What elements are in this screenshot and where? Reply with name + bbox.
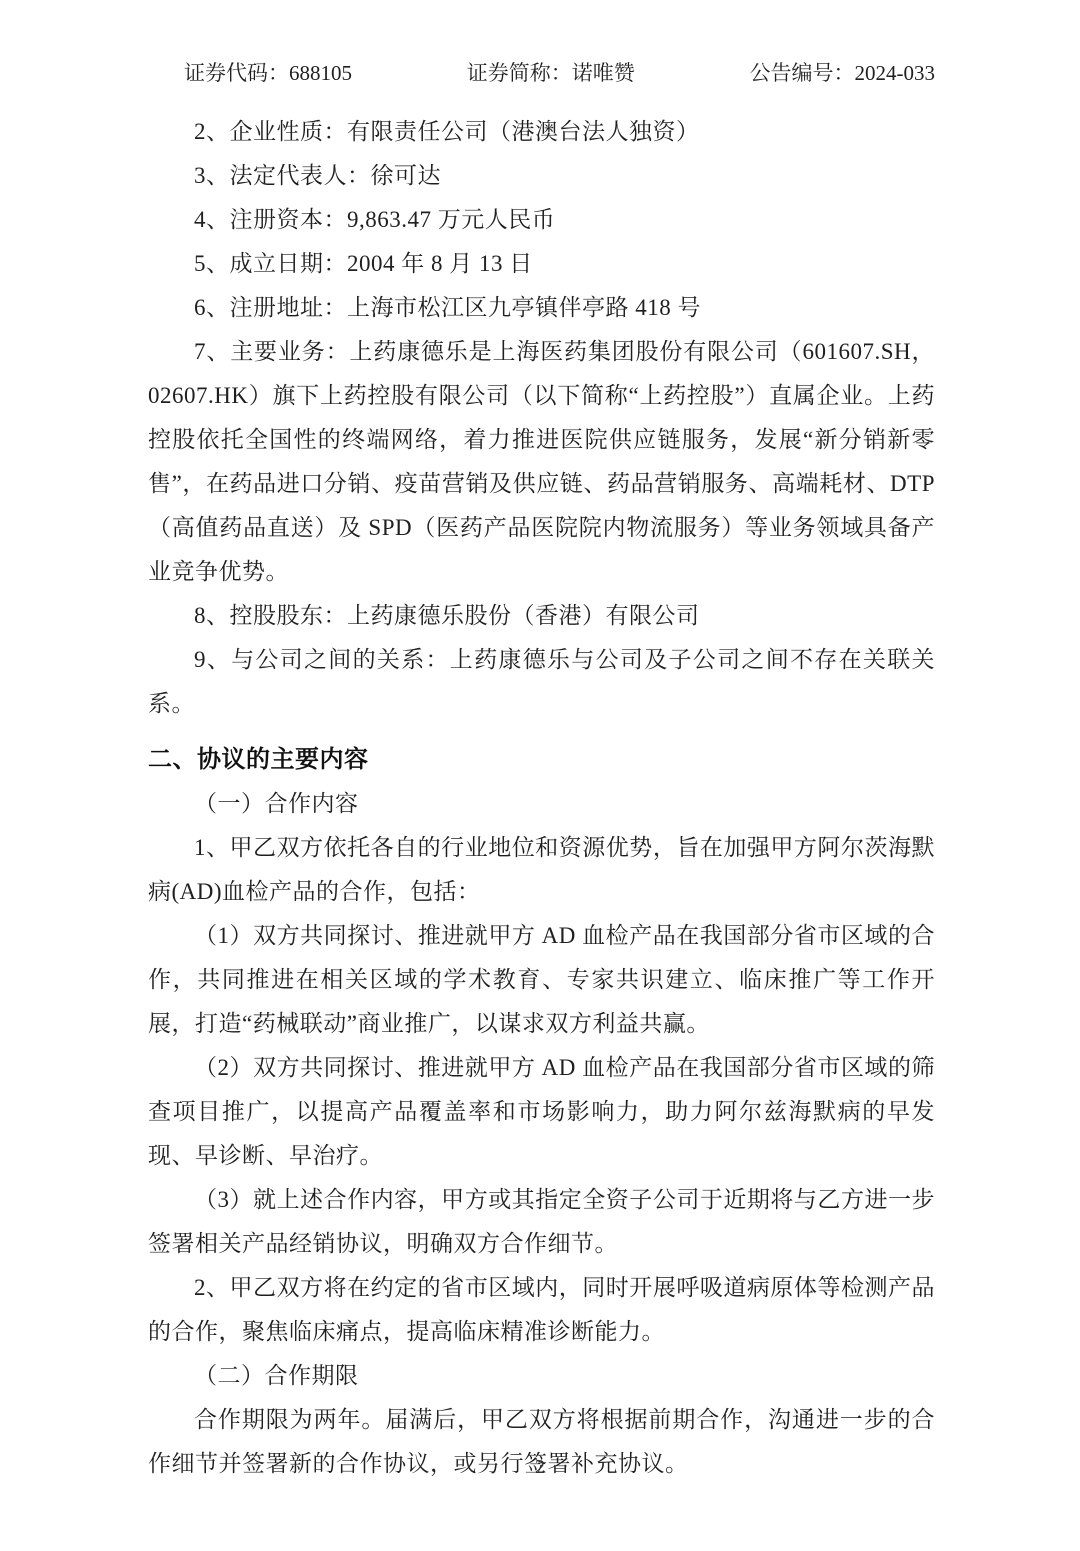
section-heading-agreement-content: 二、协议的主要内容 <box>148 738 935 782</box>
para-registered-address: 6、注册地址：上海市松江区九亭镇伴亭路 418 号 <box>148 286 935 330</box>
document-page: 证券代码：688105 证券简称：诺唯赞 公告编号：2024-033 2、企业性… <box>0 0 1080 1551</box>
para-registered-capital: 4、注册资本：9,863.47 万元人民币 <box>148 198 935 242</box>
para-legal-representative: 3、法定代表人：徐可达 <box>148 154 935 198</box>
para-controlling-shareholder: 8、控股股东：上药康德乐股份（香港）有限公司 <box>148 594 935 638</box>
subheading-cooperation-content: （一）合作内容 <box>148 782 935 826</box>
para-relationship: 9、与公司之间的关系：上药康德乐与公司及子公司之间不存在关联关系。 <box>148 638 935 726</box>
document-header: 证券代码：688105 证券简称：诺唯赞 公告编号：2024-033 <box>148 58 935 88</box>
subheading-cooperation-term: （二）合作期限 <box>148 1354 935 1398</box>
header-stock-code: 证券代码：688105 <box>184 58 352 88</box>
para-main-business: 7、主要业务：上药康德乐是上海医药集团股份有限公司（601607.SH，0260… <box>148 330 935 594</box>
para-cooperation-point-1: （1）双方共同探讨、推进就甲方 AD 血检产品在我国部分省市区域的合作，共同推进… <box>148 914 935 1046</box>
page-number: 2 <box>0 1456 1080 1479</box>
para-cooperation-point-2: （2）双方共同探讨、推进就甲方 AD 血检产品在我国部分省市区域的筛查项目推广，… <box>148 1046 935 1178</box>
document-body: 2、企业性质：有限责任公司（港澳台法人独资） 3、法定代表人：徐可达 4、注册资… <box>148 110 935 1486</box>
header-stock-abbr: 证券简称：诺唯赞 <box>467 58 635 88</box>
header-announcement-number: 公告编号：2024-033 <box>750 58 936 88</box>
para-company-nature: 2、企业性质：有限责任公司（港澳台法人独资） <box>148 110 935 154</box>
para-cooperation-item-2: 2、甲乙双方将在约定的省市区域内，同时开展呼吸道病原体等检测产品的合作，聚焦临床… <box>148 1266 935 1354</box>
para-establishment-date: 5、成立日期：2004 年 8 月 13 日 <box>148 242 935 286</box>
para-cooperation-item-1: 1、甲乙双方依托各自的行业地位和资源优势，旨在加强甲方阿尔茨海默病(AD)血检产… <box>148 826 935 914</box>
para-cooperation-point-3: （3）就上述合作内容，甲方或其指定全资子公司于近期将与乙方进一步签署相关产品经销… <box>148 1178 935 1266</box>
